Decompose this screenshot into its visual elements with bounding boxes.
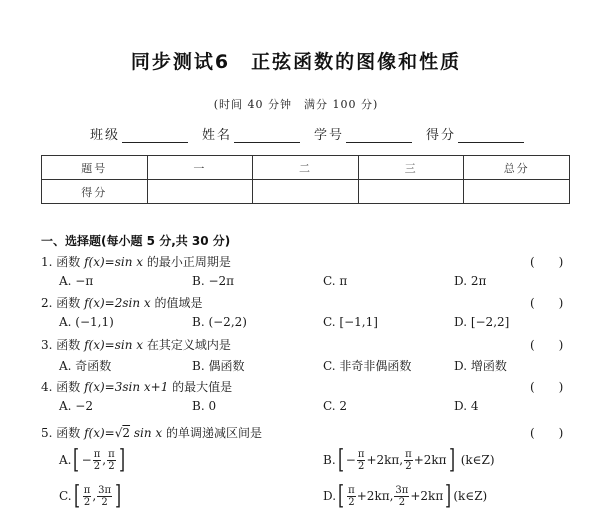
denominator: 2 [394, 497, 409, 508]
option-letter: C. [59, 489, 72, 503]
q4-option-c[interactable]: C. 2 [323, 399, 347, 413]
q1-answer-paren[interactable]: ( ) [530, 253, 563, 270]
q1-math: f(x)=sin x [84, 255, 143, 269]
fraction: π2 [347, 485, 356, 508]
q3-prefix: 3. 函数 [41, 338, 84, 352]
q2-option-d[interactable]: D. [−2,2] [454, 315, 509, 329]
question-4-stem: 4. 函数 f(x)=3sin x+1 的最大值是 [41, 378, 232, 395]
q2-answer-paren[interactable]: ( ) [530, 294, 563, 311]
numerator: π [107, 449, 116, 461]
question-1-stem: 1. 函数 f(x)=sin x 的最小正周期是 [41, 253, 231, 270]
q1-option-d[interactable]: D. 2π [454, 274, 486, 288]
table-score-cell[interactable] [253, 180, 359, 204]
question-5-stem: 5. 函数 f(x)=√2 sin x 的单调递减区间是 [41, 424, 262, 441]
q3-option-d[interactable]: D. 增函数 [454, 357, 507, 374]
q3-option-c[interactable]: C. 非奇非偶函数 [323, 357, 411, 374]
student-id-blank[interactable] [346, 128, 412, 143]
score-table-header-row: 题号 一 二 三 总分 [42, 156, 570, 180]
q1-option-c[interactable]: C. π [323, 274, 347, 288]
denominator: 2 [357, 461, 366, 472]
left-bracket-icon: [ [74, 483, 80, 509]
denominator: 2 [97, 497, 112, 508]
q2-option-a[interactable]: A. (−1,1) [59, 315, 114, 329]
domain-note: (k∈Z) [461, 453, 495, 467]
left-bracket-icon: [ [338, 483, 344, 509]
option-letter: A. [59, 453, 71, 467]
score-table: 题号 一 二 三 总分 得分 [41, 155, 570, 204]
class-label: 班级 [90, 124, 120, 143]
table-header-cell: 一 [147, 156, 253, 180]
table-header-cell: 三 [358, 156, 464, 180]
student-id-label: 学号 [314, 124, 344, 143]
term: +2kπ [414, 453, 447, 467]
denominator: 2 [347, 497, 356, 508]
q2-option-c[interactable]: C. [−1,1] [323, 315, 378, 329]
right-bracket-icon: ] [449, 447, 455, 473]
q3-answer-paren[interactable]: ( ) [530, 336, 563, 353]
q4-suffix: 的最大值是 [168, 380, 232, 394]
minus-sign: − [346, 453, 356, 467]
exam-duration-score: (时间 40 分钟 满分 100 分) [0, 96, 592, 112]
q5-math-sqrt: 2 [122, 426, 130, 440]
term: +2kπ [410, 489, 443, 503]
q3-option-b[interactable]: B. 偶函数 [192, 357, 244, 374]
q3-suffix: 在其定义域内是 [143, 338, 231, 352]
numerator: π [357, 449, 366, 461]
info-name: 姓名 [202, 124, 300, 143]
table-score-cell[interactable] [464, 180, 570, 204]
q5-answer-paren[interactable]: ( ) [530, 424, 563, 441]
table-header-cell: 题号 [42, 156, 148, 180]
table-score-cell[interactable] [358, 180, 464, 204]
fraction: 3π2 [394, 485, 409, 508]
q5-math-rest: sin x [130, 426, 162, 440]
q4-option-b[interactable]: B. 0 [192, 399, 216, 413]
info-score: 得分 [426, 124, 524, 143]
q5-option-d[interactable]: D. [ π2 +2kπ, 3π2 +2kπ ] (k∈Z) [323, 483, 487, 509]
fraction: π2 [107, 449, 116, 472]
separator: , [92, 489, 96, 503]
name-blank[interactable] [234, 128, 300, 143]
table-header-cell: 二 [253, 156, 359, 180]
fraction: 3π2 [97, 485, 112, 508]
q1-suffix: 的最小正周期是 [143, 255, 231, 269]
q4-option-d[interactable]: D. 4 [454, 399, 478, 413]
q2-suffix: 的值域是 [151, 296, 203, 310]
question-3-stem: 3. 函数 f(x)=sin x 在其定义域内是 [41, 336, 231, 353]
denominator: 2 [107, 461, 116, 472]
q5-option-c[interactable]: C. [ π2 , 3π2 ] [59, 483, 123, 509]
q2-prefix: 2. 函数 [41, 296, 84, 310]
q1-option-b[interactable]: B. −2π [192, 274, 234, 288]
option-letter: D. [323, 489, 336, 503]
denominator: 2 [93, 461, 102, 472]
q3-math: f(x)=sin x [84, 338, 143, 352]
term: +2kπ, [366, 453, 403, 467]
q5-option-b[interactable]: B. [ − π2 +2kπ, π2 +2kπ ] (k∈Z) [323, 447, 495, 473]
minus-sign: − [82, 453, 92, 467]
q4-option-a[interactable]: A. −2 [59, 399, 93, 413]
question-2-stem: 2. 函数 f(x)=2sin x 的值域是 [41, 294, 203, 311]
section-heading: 一、选择题(每小题 5 分,共 30 分) [41, 232, 230, 249]
right-bracket-icon: ] [445, 483, 451, 509]
table-header-cell: 总分 [464, 156, 570, 180]
q3-option-a[interactable]: A. 奇函数 [59, 357, 111, 374]
class-blank[interactable] [122, 128, 188, 143]
fraction: π2 [93, 449, 102, 472]
numerator: π [404, 449, 413, 461]
numerator: π [347, 485, 356, 497]
q4-answer-paren[interactable]: ( ) [530, 378, 563, 395]
denominator: 2 [83, 497, 92, 508]
info-class: 班级 [90, 124, 188, 143]
right-bracket-icon: ] [115, 483, 121, 509]
q4-math: f(x)=3sin x+1 [84, 380, 168, 394]
numerator: π [83, 485, 92, 497]
numerator: π [93, 449, 102, 461]
table-row-label: 得分 [42, 180, 148, 204]
info-student-id: 学号 [314, 124, 412, 143]
score-table-score-row: 得分 [42, 180, 570, 204]
left-bracket-icon: [ [74, 447, 80, 473]
domain-note: (k∈Z) [453, 489, 487, 503]
denominator: 2 [404, 461, 413, 472]
numerator: 3π [97, 485, 112, 497]
q4-prefix: 4. 函数 [41, 380, 84, 394]
q5-suffix: 的单调递减区间是 [162, 426, 262, 440]
q5-option-a[interactable]: A. [ − π2 , π2 ] [59, 447, 127, 473]
fraction: π2 [357, 449, 366, 472]
score-label: 得分 [426, 124, 456, 143]
left-bracket-icon: [ [338, 447, 344, 473]
right-bracket-icon: ] [119, 447, 125, 473]
numerator: 3π [394, 485, 409, 497]
name-label: 姓名 [202, 124, 232, 143]
term: +2kπ, [357, 489, 394, 503]
q1-option-a[interactable]: A. −π [59, 274, 93, 288]
table-score-cell[interactable] [147, 180, 253, 204]
score-blank[interactable] [458, 128, 524, 143]
q2-math: f(x)=2sin x [84, 296, 151, 310]
q5-math-f: f(x)= [84, 426, 115, 440]
option-letter: B. [323, 453, 336, 467]
student-info-row: 班级 姓名 学号 得分 [90, 124, 538, 143]
q1-prefix: 1. 函数 [41, 255, 84, 269]
fraction: π2 [404, 449, 413, 472]
fraction: π2 [83, 485, 92, 508]
q5-prefix: 5. 函数 [41, 426, 84, 440]
q2-option-b[interactable]: B. (−2,2) [192, 315, 247, 329]
separator: , [102, 453, 106, 467]
page-title: 同步测试6 正弦函数的图像和性质 [0, 47, 592, 74]
